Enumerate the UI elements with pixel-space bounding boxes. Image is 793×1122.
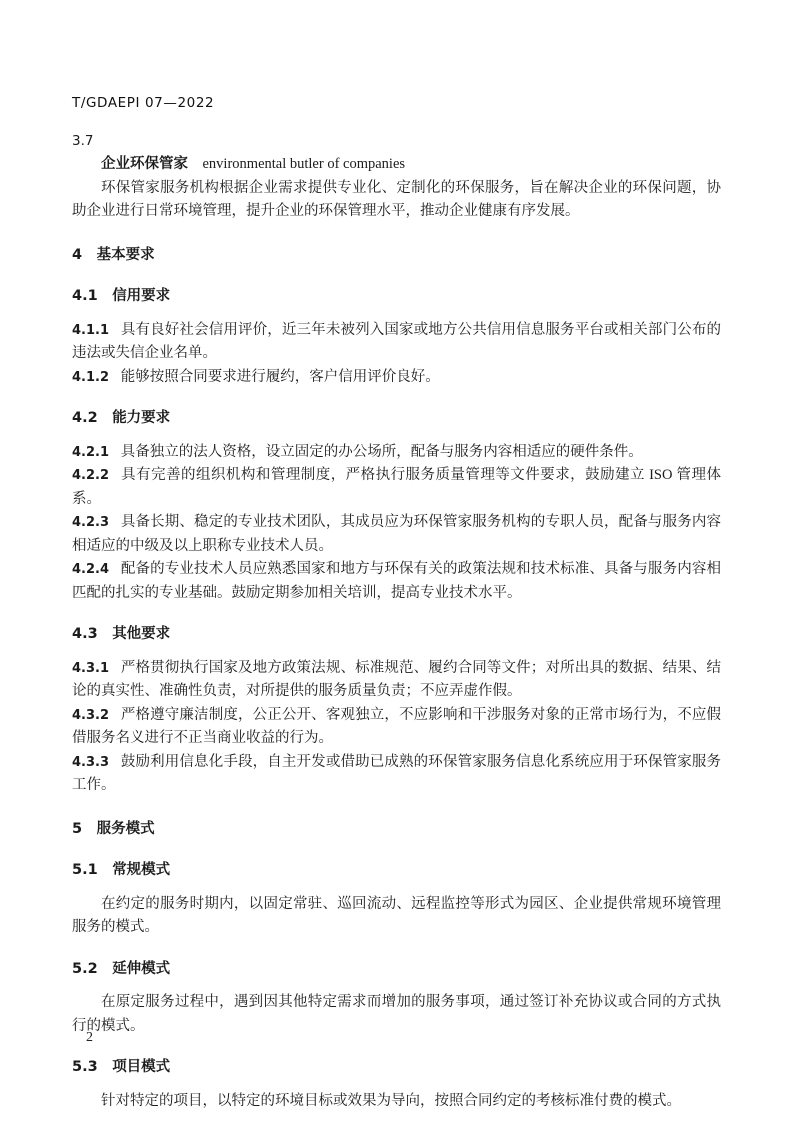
- clause-text: 严格遵守廉洁制度，公正公开、客观独立，不应影响和干涉服务对象的正常市场行为，不应…: [72, 707, 721, 747]
- clause-number: 4.2.1: [72, 445, 109, 460]
- clause-4-3-3: 4.3.3鼓励利用信息化手段，自主开发或借助已成熟的环保管家服务信息化系统应用于…: [72, 751, 721, 798]
- clause-number: 4.3.1: [72, 661, 109, 676]
- clause-text: 能够按照合同要求进行履约，客户信用评价良好。: [121, 369, 440, 385]
- section-5-2-title: 延伸模式: [112, 961, 170, 977]
- clause-4-2-1: 4.2.1具备独立的法人资格，设立固定的办公场所，配备与服务内容相适应的硬件条件…: [72, 441, 721, 465]
- section-5-1-heading: 5.1常规模式: [72, 859, 721, 883]
- clause-number: 4.2.2: [72, 468, 109, 483]
- section-5-1-paragraph: 在约定的服务时期内，以固定常驻、巡回流动、远程监控等形式为园区、企业提供常规环境…: [72, 893, 721, 940]
- clause-number: 4.3.3: [72, 755, 109, 770]
- section-5-1-title: 常规模式: [112, 862, 170, 878]
- section-5-2-number: 5.2: [72, 961, 98, 977]
- section-4-3-title: 其他要求: [112, 626, 170, 642]
- page-number: 2: [86, 1026, 93, 1050]
- clause-text: 具有完善的组织机构和管理制度，严格执行服务质量管理等文件要求，鼓励建立 ISO …: [72, 467, 721, 507]
- clause-3-7-number: 3.7: [72, 130, 721, 154]
- clause-text: 具备独立的法人资格，设立固定的办公场所，配备与服务内容相适应的硬件条件。: [121, 444, 643, 460]
- clause-text: 配备的专业技术人员应熟悉国家和地方与环保有关的政策法规和技术标准、具备与服务内容…: [72, 561, 721, 601]
- clause-text: 具有良好社会信用评价，近三年未被列入国家或地方公共信用信息服务平台或相关部门公布…: [72, 322, 721, 362]
- term-chinese: 企业环保管家: [101, 156, 188, 172]
- document-code: T/GDAEPI 07—2022: [72, 92, 721, 116]
- clause-number: 4.1.1: [72, 323, 109, 338]
- section-4-2-heading: 4.2能力要求: [72, 407, 721, 431]
- section-5-title: 服务模式: [97, 821, 155, 837]
- clause-text: 具备长期、稳定的专业技术团队，其成员应为环保管家服务机构的专职人员，配备与服务内…: [72, 514, 721, 554]
- section-5-3-number: 5.3: [72, 1059, 98, 1075]
- clause-number: 4.2.3: [72, 515, 109, 530]
- term-english: environmental butler of companies: [203, 156, 406, 172]
- section-4-1-number: 4.1: [72, 288, 98, 304]
- clause-4-2-2: 4.2.2具有完善的组织机构和管理制度，严格执行服务质量管理等文件要求，鼓励建立…: [72, 464, 721, 511]
- section-5-3-title: 项目模式: [112, 1059, 170, 1075]
- section-5-heading: 5服务模式: [72, 818, 721, 842]
- clause-4-3-1: 4.3.1严格贯彻执行国家及地方政策法规、标准规范、履约合同等文件；对所出具的数…: [72, 657, 721, 704]
- clause-4-2-3: 4.2.3具备长期、稳定的专业技术团队，其成员应为环保管家服务机构的专职人员，配…: [72, 511, 721, 558]
- section-4-number: 4: [72, 247, 82, 263]
- section-5-1-number: 5.1: [72, 862, 98, 878]
- section-5-3-heading: 5.3项目模式: [72, 1056, 721, 1080]
- document-page: T/GDAEPI 07—2022 3.7 企业环保管家environmental…: [0, 0, 793, 1122]
- section-4-3-heading: 4.3其他要求: [72, 623, 721, 647]
- clause-number: 4.3.2: [72, 708, 109, 723]
- section-4-1-title: 信用要求: [112, 288, 170, 304]
- section-5-3-paragraph: 针对特定的项目，以特定的环境目标或效果为导向，按照合同约定的考核标准付费的模式。: [72, 1090, 721, 1114]
- clause-4-1-1: 4.1.1具有良好社会信用评价，近三年未被列入国家或地方公共信用信息服务平台或相…: [72, 319, 721, 366]
- clause-number: 4.1.2: [72, 370, 109, 385]
- section-5-2-paragraph: 在原定服务过程中，遇到因其他特定需求而增加的服务事项，通过签订补充协议或合同的方…: [72, 991, 721, 1038]
- section-4-1-heading: 4.1信用要求: [72, 285, 721, 309]
- section-4-2-title: 能力要求: [112, 410, 170, 426]
- clause-4-2-4: 4.2.4配备的专业技术人员应熟悉国家和地方与环保有关的政策法规和技术标准、具备…: [72, 558, 721, 605]
- clause-text: 严格贯彻执行国家及地方政策法规、标准规范、履约合同等文件；对所出具的数据、结果、…: [72, 660, 721, 700]
- clause-4-1-2: 4.1.2能够按照合同要求进行履约，客户信用评价良好。: [72, 366, 721, 390]
- clause-number: 4.2.4: [72, 562, 109, 577]
- section-4-3-number: 4.3: [72, 626, 98, 642]
- section-5-2-heading: 5.2延伸模式: [72, 958, 721, 982]
- term-3-7-definition: 环保管家服务机构根据企业需求提供专业化、定制化的环保服务，旨在解决企业的环保问题…: [72, 177, 721, 224]
- term-3-7: 企业环保管家environmental butler of companies: [72, 153, 721, 177]
- clause-4-3-2: 4.3.2严格遵守廉洁制度，公正公开、客观独立，不应影响和干涉服务对象的正常市场…: [72, 704, 721, 751]
- section-5-number: 5: [72, 821, 82, 837]
- section-4-2-number: 4.2: [72, 410, 98, 426]
- section-4-heading: 4基本要求: [72, 244, 721, 268]
- section-4-title: 基本要求: [97, 247, 155, 263]
- clause-text: 鼓励利用信息化手段，自主开发或借助已成熟的环保管家服务信息化系统应用于环保管家服…: [72, 754, 721, 794]
